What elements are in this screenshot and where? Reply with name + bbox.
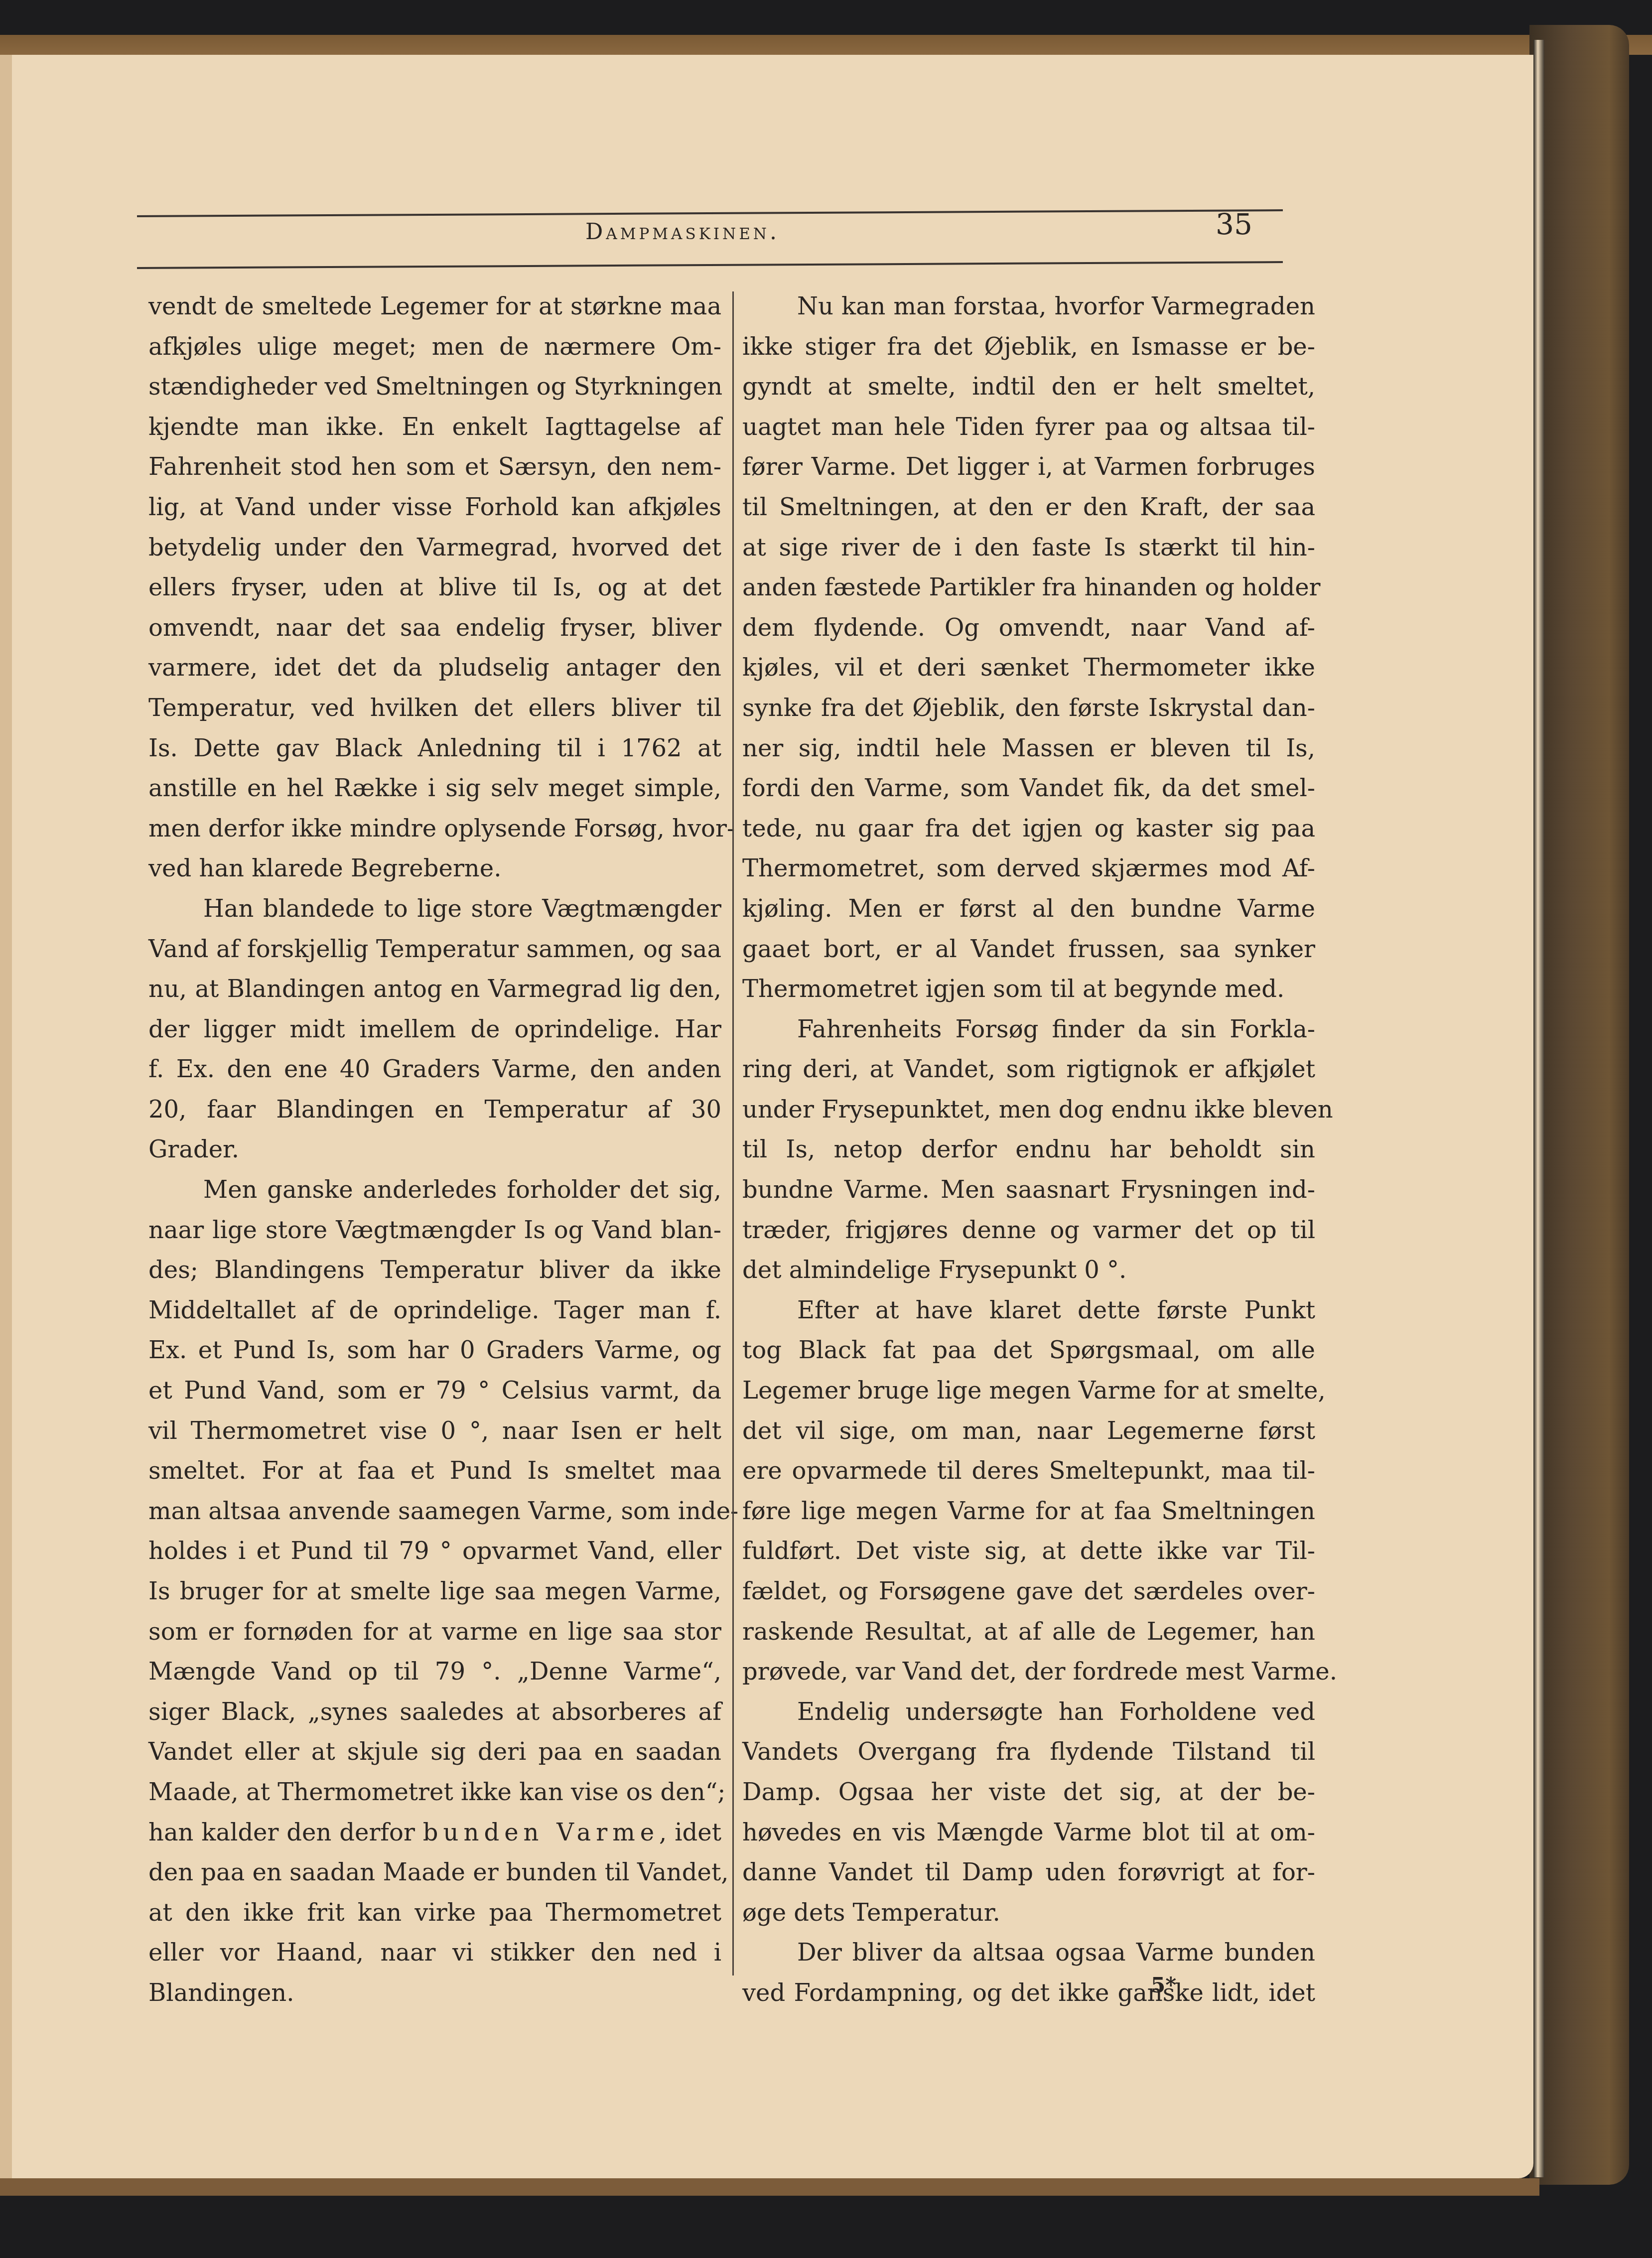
text-line: Fahrenheit stod hen som et Særsyn, den n…: [148, 447, 721, 487]
text-line: uagtet man hele Tiden fyrer paa og altsa…: [742, 407, 1315, 447]
text-line: raskende Resultat, at af alle de Legemer…: [742, 1612, 1315, 1652]
text-line: fordi den Varme, som Vandet fik, da det …: [742, 768, 1315, 809]
text-line: lig, at Vand under visse Forhold kan afk…: [148, 487, 721, 528]
text-line: den paa en saadan Maade er bunden til Va…: [148, 1852, 721, 1893]
text-line: ved han klarede Begreberne.: [148, 848, 721, 889]
text-line: men derfor ikke mindre oplysende Forsøg,…: [148, 809, 721, 849]
text-line: under Frysepunktet, men dog endnu ikke b…: [742, 1090, 1315, 1130]
text-fragment: han kalder den derfor: [148, 1819, 415, 1846]
text-line: Vandet eller at skjule sig deri paa en s…: [148, 1732, 721, 1772]
text-line: des; Blandingens Temperatur bliver da ik…: [148, 1250, 721, 1290]
text-line: til Smeltningen, at den er den Kraft, de…: [742, 487, 1315, 528]
text-line: fuldført. Det viste sig, at dette ikke v…: [742, 1531, 1315, 1571]
text-line: betydelig under den Varmegrad, hvorved d…: [148, 528, 721, 568]
text-line: gaaet bort, er al Vandet frussen, saa sy…: [742, 929, 1315, 970]
text-line: det vil sige, om man, naar Legemerne før…: [742, 1411, 1315, 1451]
header-rule-bottom: [137, 261, 1283, 269]
page-number: 35: [1216, 207, 1252, 241]
text-line: Thermometret, som derved skjærmes mod Af…: [742, 848, 1315, 889]
text-line: som er fornøden for at varme en lige saa…: [148, 1612, 721, 1652]
text-line: fældet, og Forsøgene gave det særdeles o…: [742, 1571, 1315, 1612]
paragraph-start: Endelig undersøgte han Forholdene ved: [742, 1692, 1315, 1732]
paragraph-start: Nu kan man forstaa, hvorfor Varmegraden: [742, 286, 1315, 327]
text-line: tede, nu gaar fra det igjen og kaster si…: [742, 809, 1315, 849]
text-line: at den ikke frit kan virke paa Thermomet…: [148, 1893, 721, 1933]
paragraph-start: Efter at have klaret dette første Punkt: [742, 1290, 1315, 1331]
text-line: Vand af forskjellig Temperatur sammen, o…: [148, 929, 721, 970]
text-line: vil Thermometret vise 0 °, naar Isen er …: [148, 1411, 721, 1451]
text-line: øge dets Temperatur.: [742, 1893, 1315, 1933]
book-cover-right: [1529, 25, 1629, 2185]
text-line: man altsaa anvende saamegen Varme, som i…: [148, 1491, 721, 1532]
text-line: Vandets Overgang fra flydende Tilstand t…: [742, 1732, 1315, 1772]
text-line: anden fæstede Partikler fra hinanden og …: [742, 567, 1315, 608]
text-line: kjøles, vil et deri sænket Thermometer i…: [742, 648, 1315, 688]
text-line: høvedes en vis Mængde Varme blot til at …: [742, 1813, 1315, 1853]
text-line: synke fra det Øjeblik, den første Iskrys…: [742, 688, 1315, 728]
text-line: vendt de smeltede Legemer for at størkne…: [148, 286, 721, 327]
text-line: Damp. Ogsaa her viste det sig, at der be…: [742, 1772, 1315, 1813]
running-title: Dampmaskinen.: [585, 219, 780, 245]
text-line: at sige river de i den faste Is stærkt t…: [742, 528, 1315, 568]
text-line: et Pund Vand, som er 79 ° Celsius varmt,…: [148, 1371, 721, 1411]
text-line: bundne Varme. Men saasnart Frysningen in…: [742, 1170, 1315, 1210]
text-line: Is. Dette gav Black Anledning til i 1762…: [148, 728, 721, 769]
text-line-emphasis: han kalder den derfor bunden Varme, idet: [148, 1813, 721, 1853]
text-line: føre lige megen Varme for at faa Smeltni…: [742, 1491, 1315, 1532]
paragraph-start: Der bliver da altsaa ogsaa Varme bunden: [742, 1933, 1315, 1973]
text-line: der ligger midt imellem de oprindelige. …: [148, 1009, 721, 1050]
text-line: siger Black, „synes saaledes at absorber…: [148, 1692, 721, 1732]
text-line: f. Ex. den ene 40 Graders Varme, den and…: [148, 1049, 721, 1090]
text-line: til Is, netop derfor endnu har beholdt s…: [742, 1129, 1315, 1170]
text-line: 20, faar Blandingen en Temperatur af 30: [148, 1090, 721, 1130]
emphasized-term: bunden Varme: [423, 1819, 659, 1846]
text-line: holdes i et Pund til 79 ° opvarmet Vand,…: [148, 1531, 721, 1571]
text-line: kjendte man ikke. En enkelt Iagttagelse …: [148, 407, 721, 447]
text-line: anstille en hel Række i sig selv meget s…: [148, 768, 721, 809]
text-line: Is bruger for at smelte lige saa megen V…: [148, 1571, 721, 1612]
text-column-right: Nu kan man forstaa, hvorfor Varmegraden …: [742, 286, 1315, 2013]
text-line: Grader.: [148, 1129, 721, 1170]
text-line: ner sig, indtil hele Massen er bleven ti…: [742, 728, 1315, 769]
text-line: Maade, at Thermometret ikke kan vise os …: [148, 1772, 721, 1813]
text-line: dem flydende. Og omvendt, naar Vand af-: [742, 608, 1315, 648]
text-line: tog Black fat paa det Spørgsmaal, om all…: [742, 1330, 1315, 1371]
book-binding-bottom: [0, 2178, 1539, 2196]
text-line: danne Vandet til Damp uden forøvrigt at …: [742, 1852, 1315, 1893]
paragraph-start: Men ganske anderledes forholder det sig,: [148, 1170, 721, 1210]
text-line: prøvede, var Vand det, der fordrede mest…: [742, 1652, 1315, 1692]
header-rule-top: [137, 209, 1283, 217]
paragraph-start: Fahrenheits Forsøg finder da sin Forkla-: [742, 1009, 1315, 1050]
text-line: omvendt, naar det saa endelig fryser, bl…: [148, 608, 721, 648]
text-line: varmere, idet det da pludselig antager d…: [148, 648, 721, 688]
text-line: Mængde Vand op til 79 °. „Denne Varme“,: [148, 1652, 721, 1692]
paragraph-start: Han blandede to lige store Vægtmængder: [148, 889, 721, 929]
text-column-left: vendt de smeltede Legemer for at størkne…: [148, 286, 721, 2013]
text-line: stændigheder ved Smeltningen og Styrknin…: [148, 367, 721, 407]
text-line: fører Varme. Det ligger i, at Varmen for…: [742, 447, 1315, 487]
text-line: afkjøles ulige meget; men de nærmere Om-: [148, 327, 721, 367]
page-stack-edge: [1533, 40, 1544, 2177]
previous-page-edge: [0, 55, 12, 2192]
text-line: ikke stiger fra det Øjeblik, en Ismasse …: [742, 327, 1315, 367]
text-line: Legemer bruge lige megen Varme for at sm…: [742, 1371, 1315, 1411]
book-binding-top: [0, 35, 1652, 55]
text-line: ved Fordampning, og det ikke ganske lidt…: [742, 1973, 1315, 2013]
text-line: smeltet. For at faa et Pund Is smeltet m…: [148, 1451, 721, 1491]
text-line: træder, frigjøres denne og varmer det op…: [742, 1210, 1315, 1251]
text-line: kjøling. Men er først al den bundne Varm…: [742, 889, 1315, 929]
text-line: nu, at Blandingen antog en Varmegrad lig…: [148, 969, 721, 1009]
text-line: gyndt at smelte, indtil den er helt smel…: [742, 367, 1315, 407]
text-line: Temperatur, ved hvilken det ellers blive…: [148, 688, 721, 728]
text-line: ellers fryser, uden at blive til Is, og …: [148, 567, 721, 608]
text-line: naar lige store Vægtmængder Is og Vand b…: [148, 1210, 721, 1251]
text-line: det almindelige Frysepunkt 0 °.: [742, 1250, 1315, 1290]
text-line: eller vor Haand, naar vi stikker den ned…: [148, 1933, 721, 1973]
text-fragment: , idet: [659, 1819, 721, 1846]
text-line: ere opvarmede til deres Smeltepunkt, maa…: [742, 1451, 1315, 1491]
text-line: ring deri, at Vandet, som rigtignok er a…: [742, 1049, 1315, 1090]
text-line: Ex. et Pund Is, som har 0 Graders Varme,…: [148, 1330, 721, 1371]
signature-mark: 5*: [1151, 1973, 1176, 1997]
page-header: Dampmaskinen. 35: [127, 188, 1283, 268]
text-line: Blandingen.: [148, 1973, 721, 2013]
column-divider: [732, 291, 734, 1976]
text-line: Thermometret igjen som til at begynde me…: [742, 969, 1315, 1009]
text-line: Middeltallet af de oprindelige. Tager ma…: [148, 1290, 721, 1331]
